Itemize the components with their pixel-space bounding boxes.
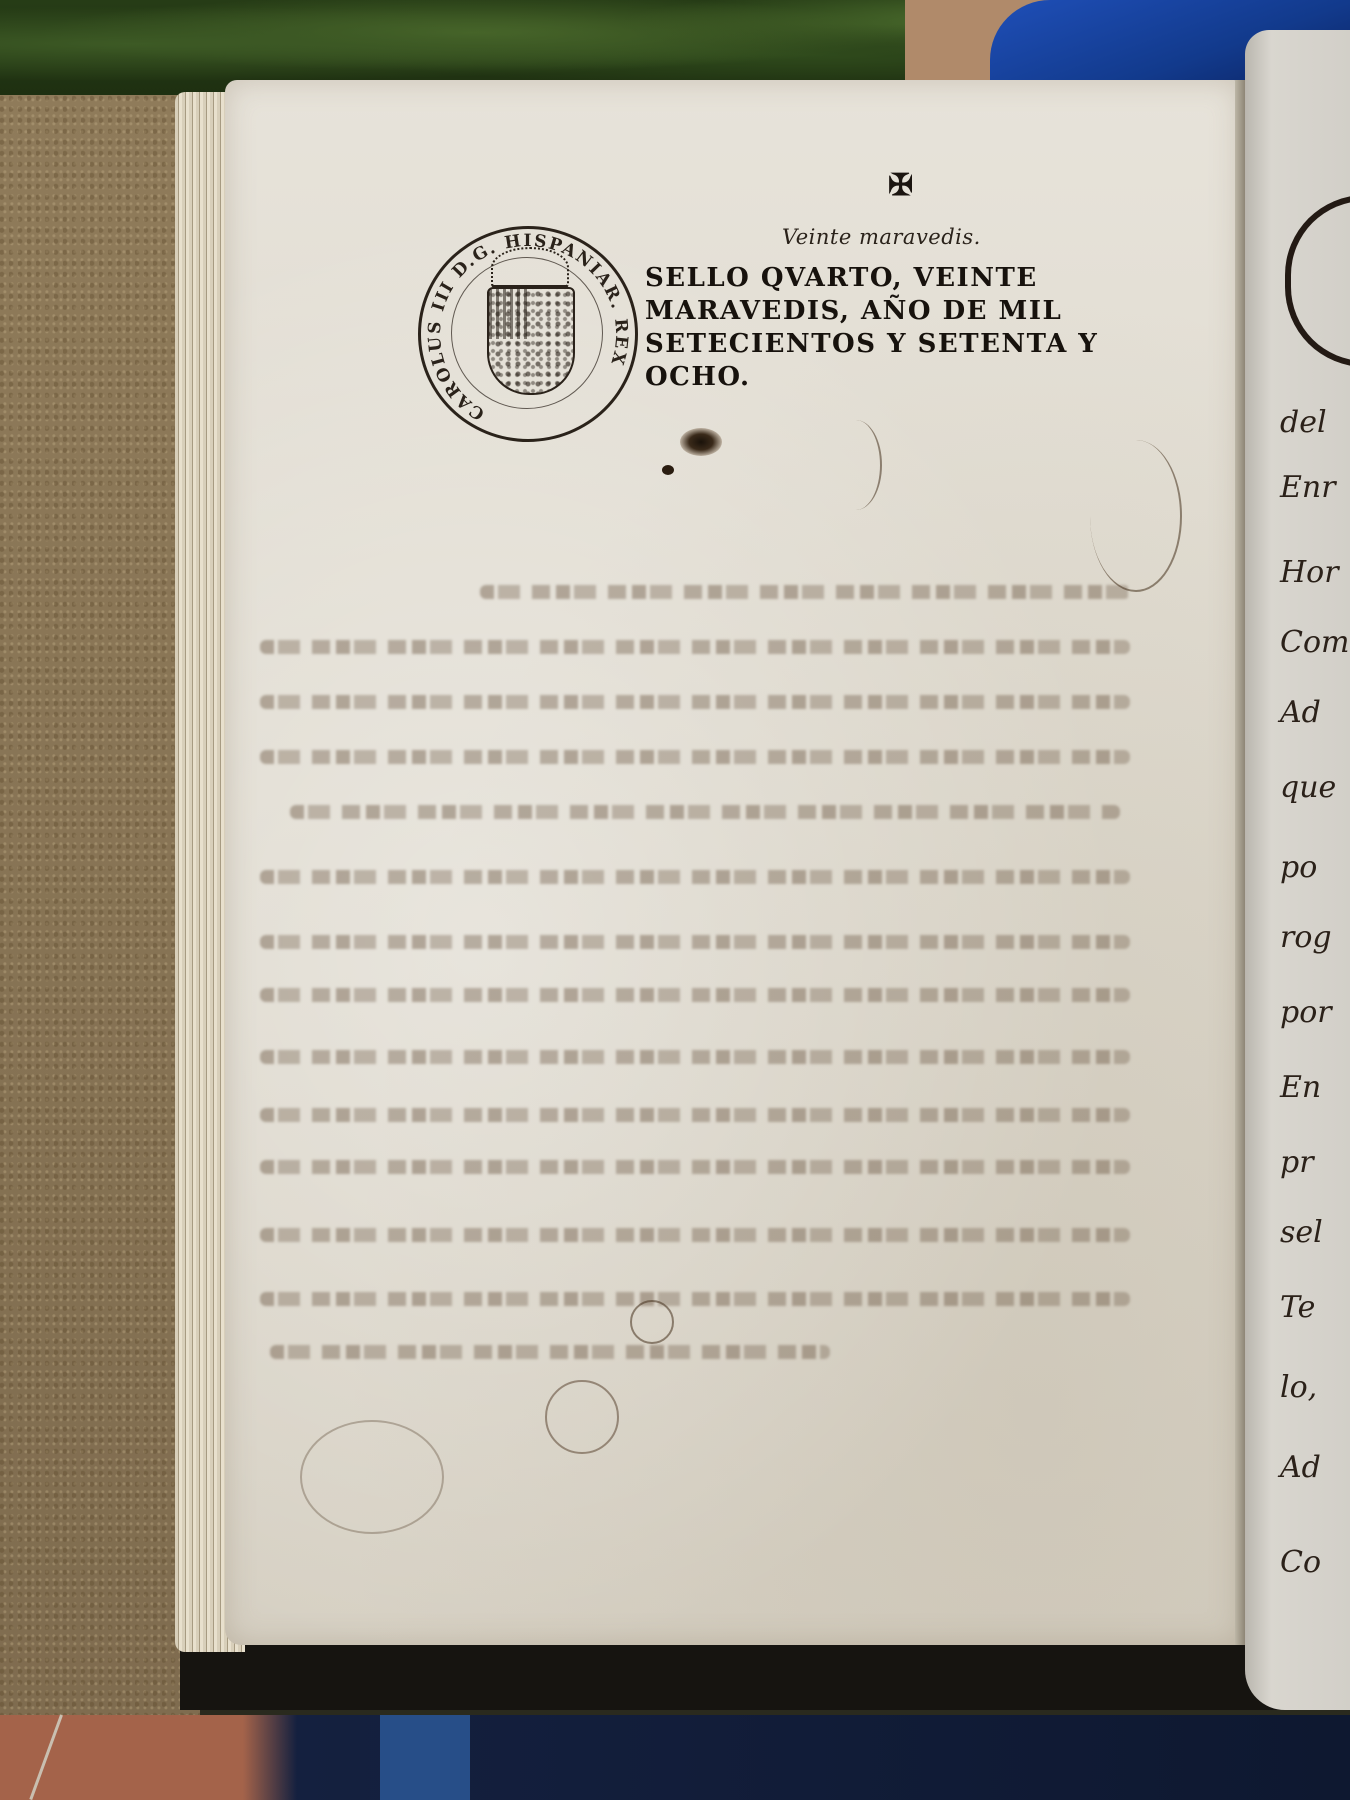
flourish-mark bbox=[830, 420, 882, 510]
bleed-through-line bbox=[260, 988, 1130, 1002]
facing-text-line: Ad bbox=[1280, 1450, 1321, 1485]
facing-text-line: Ad bbox=[1280, 695, 1321, 730]
bleed-through-line bbox=[260, 1108, 1130, 1122]
bleed-through-line bbox=[260, 695, 1130, 709]
facing-text-line: rog bbox=[1280, 920, 1332, 955]
bleed-through-line bbox=[260, 1050, 1130, 1064]
bleed-through-line bbox=[260, 1160, 1130, 1174]
signature-rubric bbox=[300, 1420, 444, 1534]
bleed-through-line bbox=[260, 870, 1130, 884]
bleed-through-line bbox=[290, 805, 1120, 819]
facing-text-line: pr bbox=[1280, 1145, 1314, 1180]
bleed-through-line bbox=[260, 935, 1130, 949]
stamp-heading-line: SELLO QVARTO, VEINTE bbox=[645, 262, 1195, 295]
page-gutter bbox=[1235, 80, 1245, 1645]
flourish-mark bbox=[630, 1300, 674, 1344]
bleed-through-line bbox=[260, 750, 1130, 764]
facing-text-line: Com bbox=[1280, 625, 1349, 660]
bleed-through-line bbox=[260, 1292, 1130, 1306]
bleed-through-line bbox=[260, 640, 1130, 654]
floor bbox=[0, 1715, 1350, 1800]
facing-text-line: Te bbox=[1280, 1290, 1315, 1325]
signature-rubric bbox=[545, 1380, 619, 1454]
ink-blot bbox=[680, 428, 722, 456]
ink-spot bbox=[662, 465, 674, 475]
cork-board bbox=[0, 95, 200, 1715]
facing-text-line: que bbox=[1280, 770, 1336, 805]
crown-icon bbox=[491, 247, 569, 288]
facing-text-line: Enr bbox=[1280, 470, 1336, 505]
facing-text-line: por bbox=[1280, 995, 1332, 1030]
facing-text-line: del bbox=[1280, 405, 1327, 440]
facing-text-line: Co bbox=[1280, 1545, 1321, 1580]
stamp-heading-line: MARAVEDIS, AÑO DE MIL bbox=[645, 295, 1195, 328]
facing-text-line: sel bbox=[1280, 1215, 1323, 1250]
coat-of-arms-icon bbox=[487, 287, 575, 395]
flourish-mark bbox=[1090, 440, 1182, 592]
stamp-heading-line: SETECIENTOS Y SETENTA Y bbox=[645, 328, 1195, 361]
royal-seal: CAROLUS III D.G. HISPANIAR. REX bbox=[418, 226, 638, 442]
bleed-through-line bbox=[480, 585, 1130, 599]
facing-text-line: En bbox=[1280, 1070, 1321, 1105]
bleed-through-line bbox=[270, 1345, 830, 1359]
facing-text-line: lo, bbox=[1280, 1370, 1317, 1405]
stamp-heading-line: OCHO. bbox=[645, 361, 1195, 394]
stamp-heading: SELLO QVARTO, VEINTE MARAVEDIS, AÑO DE M… bbox=[645, 262, 1195, 394]
facing-text-line: Hor bbox=[1280, 555, 1339, 590]
cross-icon: ✠ bbox=[888, 168, 913, 203]
denim-cloth bbox=[380, 1715, 470, 1800]
bleed-through-line bbox=[260, 1228, 1130, 1242]
facing-text-line: po bbox=[1280, 850, 1317, 885]
stamp-value-caption: Veinte maravedis. bbox=[782, 225, 981, 249]
